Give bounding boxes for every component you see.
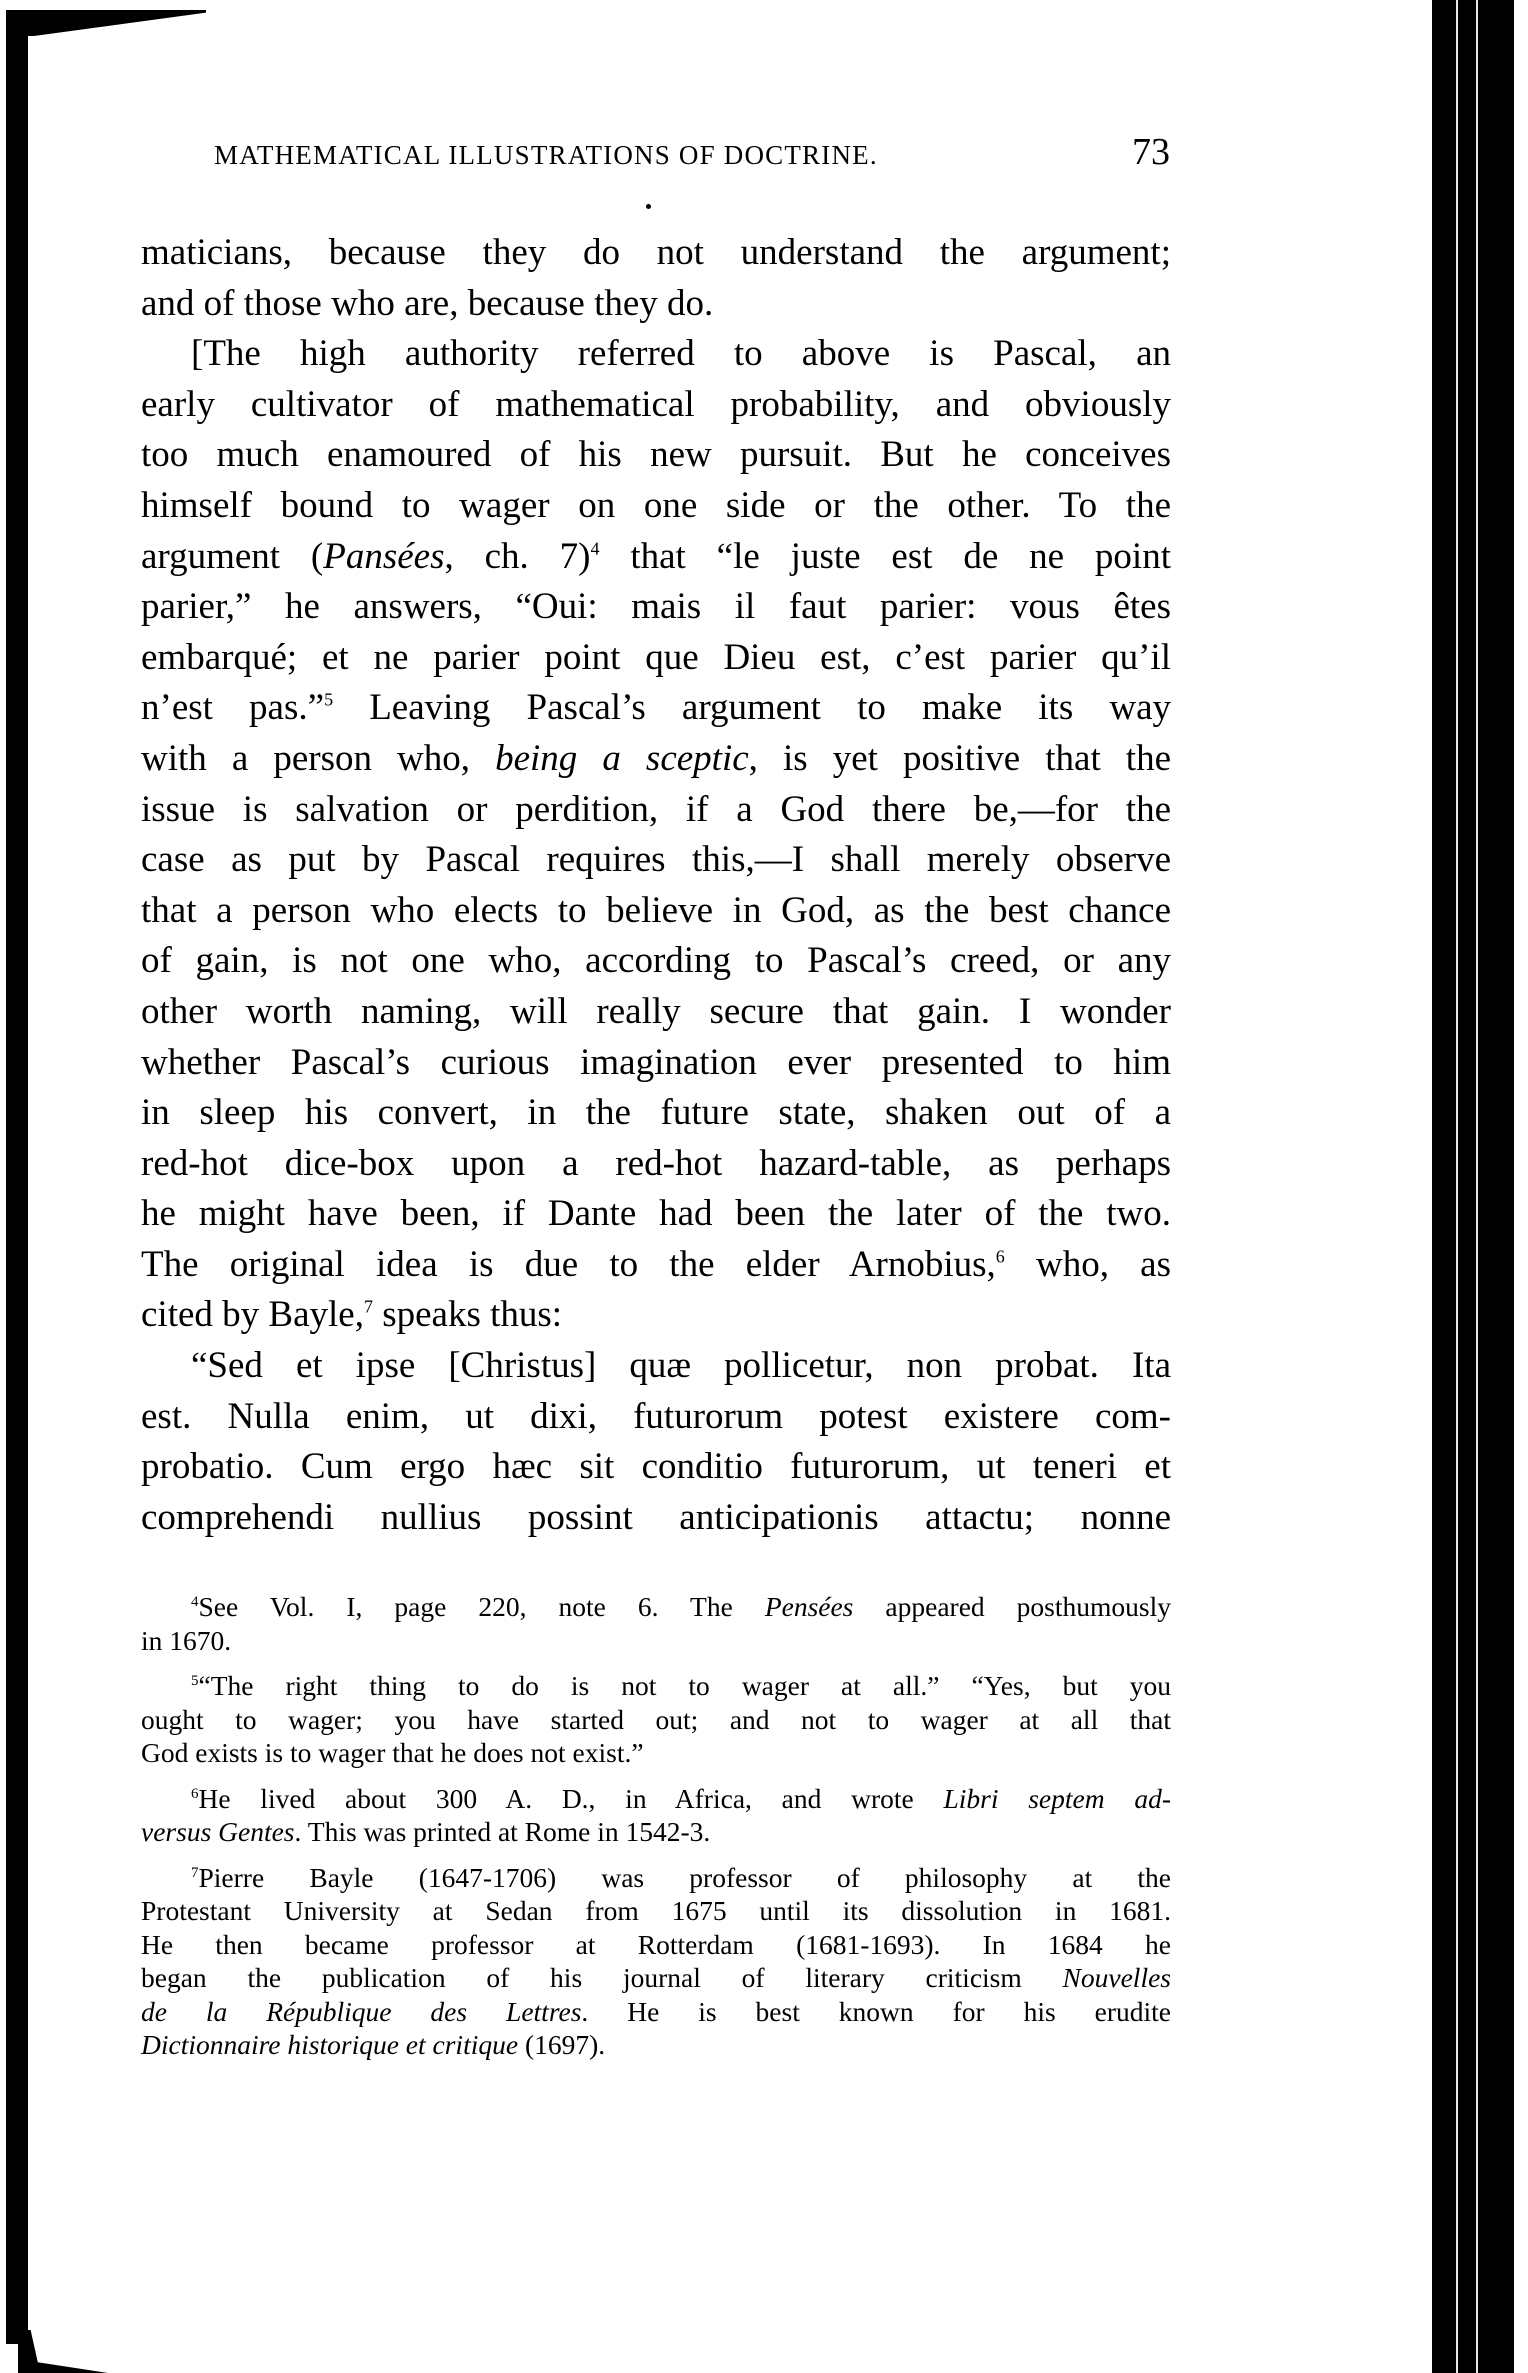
footnote-4: 4See Vol. I, page 220, note 6. The Pensé… bbox=[141, 1590, 1171, 1657]
book-spine-edge bbox=[1432, 0, 1514, 2373]
text-line: case as put by Pascal requires this,—I s… bbox=[141, 835, 1171, 886]
footnote-marker: 6 bbox=[191, 1785, 199, 1801]
text-line: n’est pas.”5 Leaving Pascal’s argument t… bbox=[141, 683, 1171, 734]
footnote-marker: 4 bbox=[191, 1594, 199, 1610]
text-line: with a person who, being a sceptic, is y… bbox=[141, 734, 1171, 785]
text-line: est. Nulla enim, ut dixi, futurorum pote… bbox=[141, 1392, 1171, 1443]
spine-highlight bbox=[1476, 0, 1478, 2373]
footnotes: 4See Vol. I, page 220, note 6. The Pensé… bbox=[141, 1590, 1171, 2074]
footnote-ref-5[interactable]: 5 bbox=[324, 690, 333, 710]
text-line: probatio. Cum ergo hæc sit conditio futu… bbox=[141, 1442, 1171, 1493]
running-head: MATHEMATICAL ILLUSTRATIONS OF DOCTRINE. … bbox=[214, 134, 1170, 174]
page-scan-edge-left bbox=[6, 14, 28, 2344]
italic-title: Pansées bbox=[323, 536, 444, 577]
text-line: himself bound to wager on one side or th… bbox=[141, 481, 1171, 532]
footnote-ref-7[interactable]: 7 bbox=[364, 1297, 373, 1317]
page-scan-edge-bottom bbox=[18, 2330, 108, 2373]
running-head-title: MATHEMATICAL ILLUSTRATIONS OF DOCTRINE. bbox=[214, 140, 878, 171]
text-line: issue is salvation or perdition, if a Go… bbox=[141, 785, 1171, 836]
body-text: maticians, because they do not understan… bbox=[141, 228, 1171, 1543]
stray-mark bbox=[646, 204, 651, 209]
text-line: embarqué; et ne parier point que Dieu es… bbox=[141, 633, 1171, 684]
text-line: in sleep his convert, in the future stat… bbox=[141, 1088, 1171, 1139]
text-line: comprehendi nullius possint anticipation… bbox=[141, 1493, 1171, 1544]
text-line: cited by Bayle,7 speaks thus: bbox=[141, 1290, 1171, 1341]
text-line: The original idea is due to the elder Ar… bbox=[141, 1240, 1171, 1291]
italic-phrase: being a sceptic bbox=[495, 738, 749, 779]
text-line: [The high authority referred to above is… bbox=[141, 329, 1171, 380]
text-line: that a person who elects to believe in G… bbox=[141, 886, 1171, 937]
text-line: of gain, is not one who, according to Pa… bbox=[141, 936, 1171, 987]
footnote-ref-6[interactable]: 6 bbox=[996, 1247, 1005, 1267]
text-line: whether Pascal’s curious imagination eve… bbox=[141, 1038, 1171, 1089]
text-line: early cultivator of mathematical probabi… bbox=[141, 380, 1171, 431]
text-line: he might have been, if Dante had been th… bbox=[141, 1189, 1171, 1240]
text-line: and of those who are, because they do. bbox=[141, 279, 1171, 330]
text-line: parier,” he answers, “Oui: mais il faut … bbox=[141, 582, 1171, 633]
text-line: “Sed et ipse [Christus] quæ pollicetur, … bbox=[141, 1341, 1171, 1392]
page-scan-edge-top bbox=[6, 10, 206, 36]
text-line: other worth naming, will really secure t… bbox=[141, 987, 1171, 1038]
footnote-marker: 5 bbox=[191, 1673, 199, 1689]
text-line: maticians, because they do not understan… bbox=[141, 228, 1171, 279]
text-line: too much enamoured of his new pursuit. B… bbox=[141, 430, 1171, 481]
spine-highlight bbox=[1456, 0, 1458, 2373]
footnote-5: 5“The right thing to do is not to wager … bbox=[141, 1669, 1171, 1770]
text-line: argument (Pansées, ch. 7)4 that “le just… bbox=[141, 532, 1171, 583]
footnote-6: 6He lived about 300 A. D., in Africa, an… bbox=[141, 1782, 1171, 1849]
text-line: red-hot dice-box upon a red-hot hazard-t… bbox=[141, 1139, 1171, 1190]
footnote-marker: 7 bbox=[191, 1864, 199, 1880]
page-number: 73 bbox=[1132, 130, 1170, 174]
footnote-7: 7Pierre Bayle (1647-1706) was professor … bbox=[141, 1861, 1171, 2062]
